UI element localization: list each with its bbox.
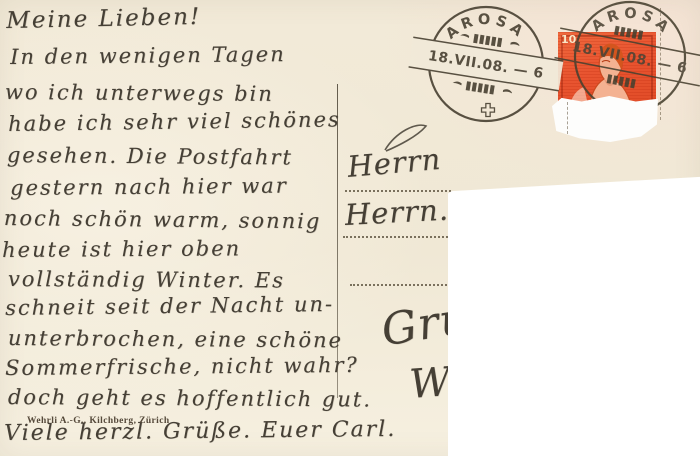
address-dotted-line	[345, 190, 451, 192]
handwritten-line: Meine Lieben!	[6, 4, 201, 34]
address-salutation: Herrn.	[344, 193, 450, 232]
handwritten-line: noch schön warm, sonnig	[4, 206, 322, 233]
handwritten-line: heute ist hier oben	[2, 236, 241, 262]
handwritten-line: unterbrochen, eine schöne	[8, 326, 343, 352]
address-dotted-line	[343, 236, 451, 238]
pencil-mark	[660, 8, 661, 120]
address-initial-fragment: W	[408, 359, 453, 408]
handwritten-line: habe ich sehr viel schönes	[8, 107, 341, 136]
postcard-scan: Meine Lieben! In den wenigen Tagen wo ic…	[0, 0, 700, 456]
handwritten-line: schneit seit der Nacht un-	[5, 292, 334, 320]
handwritten-line: doch geht es hoffentlich gut.	[8, 385, 372, 412]
handwritten-line: In den wenigen Tagen	[10, 42, 286, 69]
pencil-mark	[567, 102, 568, 134]
handwritten-line: Sommerfrische, nicht wahr?	[5, 353, 359, 380]
stamp-denomination: 10	[561, 33, 576, 46]
publisher-imprint: Wehrli A.-G., Kilchberg, Zürich	[27, 416, 170, 426]
handwritten-line: gestern nach hier war	[10, 174, 288, 200]
handwritten-line: wo ich unterwegs bin	[5, 80, 274, 106]
handwritten-line: vollständig Winter. Es	[8, 267, 285, 292]
address-dotted-line	[350, 284, 450, 286]
blanked-address-area	[448, 170, 700, 456]
handwritten-line: gesehen. Die Postfahrt	[7, 143, 293, 169]
